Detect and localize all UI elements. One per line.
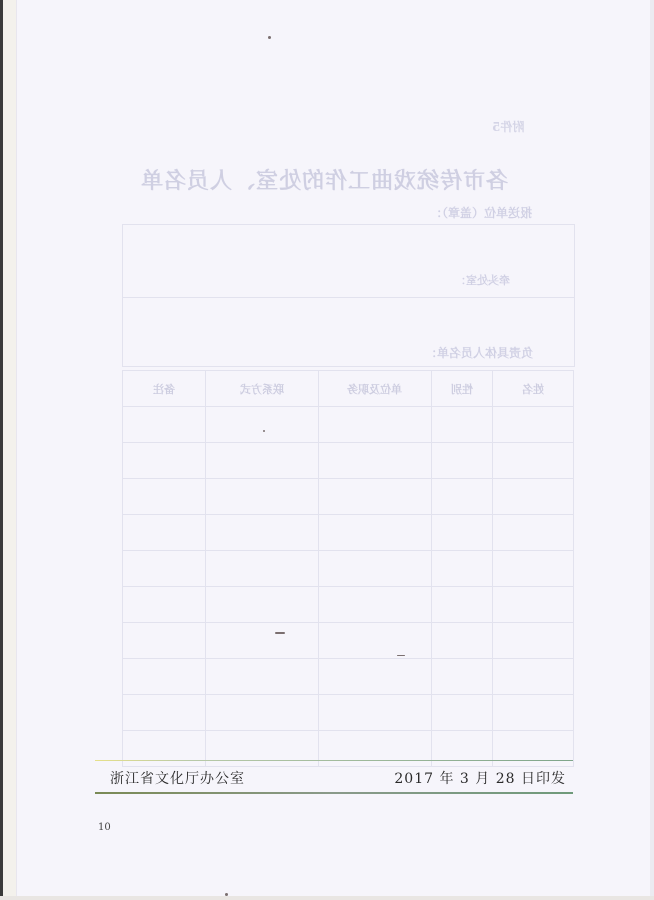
bleed-attachment-label: 附件5	[492, 118, 524, 135]
scan-speck	[275, 632, 285, 634]
footer-issue-date: 2017 年 3 月 28 日印发	[394, 768, 566, 788]
table-row	[123, 623, 574, 659]
bleed-lead-office-label: 牵头处室：	[455, 272, 510, 288]
bleed-staff-label: 负责具体人员名单：	[425, 344, 533, 361]
bleed-header-contact: 联系方式	[205, 371, 318, 407]
table-row	[123, 479, 574, 515]
bleed-staff-table: 备注 联系方式 单位及职务 性别 姓名	[122, 370, 574, 767]
scan-speck	[397, 655, 405, 656]
bleed-title: 各市传统戏曲工作的处室、人员名单	[140, 164, 508, 195]
scan-bottom-edge	[0, 896, 654, 900]
table-row	[123, 587, 574, 623]
table-row	[123, 695, 574, 731]
footer-rule-bottom	[95, 792, 573, 794]
bleed-table-header-row: 备注 联系方式 单位及职务 性别 姓名	[123, 371, 574, 407]
scan-left-strip	[3, 0, 17, 900]
scan-right-edge	[650, 0, 654, 900]
bleed-header-remarks: 备注	[123, 371, 206, 407]
bleed-header-name: 姓名	[493, 371, 574, 407]
table-row	[123, 443, 574, 479]
bleed-header-unit-position: 单位及职务	[318, 371, 432, 407]
table-row	[123, 659, 574, 695]
footer-issuer: 浙江省文化厅办公室	[110, 768, 245, 788]
table-row	[123, 515, 574, 551]
table-row	[123, 731, 574, 767]
footer-rule-top	[95, 760, 573, 761]
scan-speck	[268, 36, 271, 39]
table-row	[123, 551, 574, 587]
scan-speck	[225, 893, 228, 896]
page-number: 10	[98, 822, 111, 833]
table-row	[123, 407, 574, 443]
scan-speck	[263, 430, 265, 432]
bleed-unit-label: 报送单位（盖章）：	[430, 204, 532, 221]
bleed-header-gender: 性别	[432, 371, 493, 407]
